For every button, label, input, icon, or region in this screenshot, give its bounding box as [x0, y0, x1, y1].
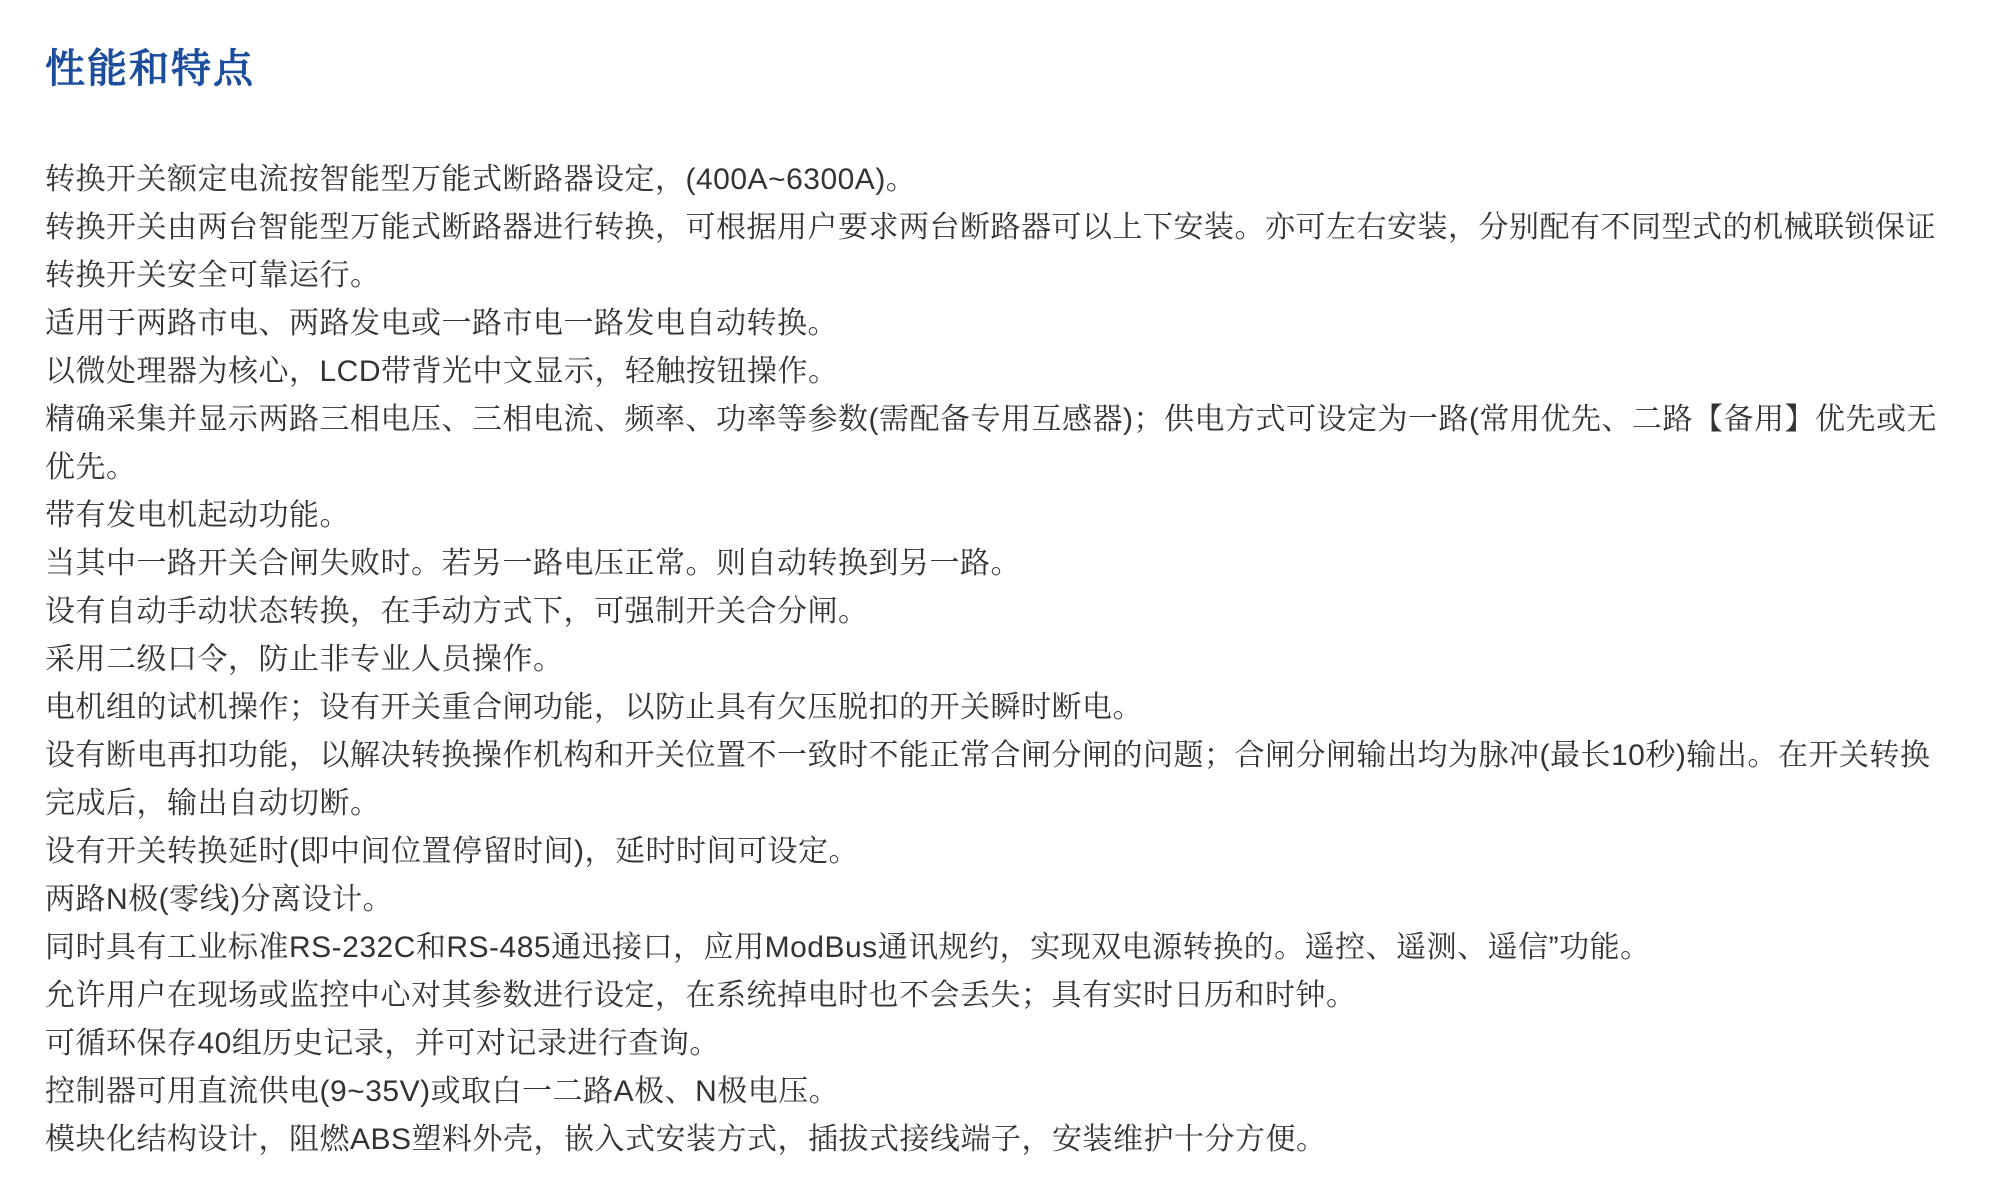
- feature-paragraph: 适用于两路市电、两路发电或一路市电一路发电自动转换。: [45, 300, 1960, 348]
- feature-paragraph: 转换开关由两台智能型万能式断路器进行转换，可根据用户要求两台断路器可以上下安装。…: [45, 204, 1960, 300]
- feature-paragraph: 设有断电再扣功能，以解决转换操作机构和开关位置不一致时不能正常合闸分闸的问题；合…: [45, 732, 1960, 828]
- feature-paragraph: 以微处理器为核心，LCD带背光中文显示，轻触按钮操作。: [45, 348, 1960, 396]
- feature-paragraph: 设有自动手动状态转换，在手动方式下，可强制开关合分闸。: [45, 588, 1960, 636]
- feature-paragraph: 带有发电机起动功能。: [45, 492, 1960, 540]
- feature-list: 转换开关额定电流按智能型万能式断路器设定，(400A~6300A)。转换开关由两…: [45, 156, 1960, 1164]
- feature-paragraph: 当其中一路开关合闸失败时。若另一路电压正常。则自动转换到另一路。: [45, 540, 1960, 588]
- feature-paragraph: 设有开关转换延时(即中间位置停留时间)，延时时间可设定。: [45, 828, 1960, 876]
- feature-paragraph: 可循环保存40组历史记录，并可对记录进行查询。: [45, 1020, 1960, 1068]
- feature-paragraph: 模块化结构设计，阻燃ABS塑料外壳，嵌入式安装方式，插拔式接线端子，安装维护十分…: [45, 1116, 1960, 1164]
- document-page: 性能和特点 转换开关额定电流按智能型万能式断路器设定，(400A~6300A)。…: [0, 0, 2000, 1202]
- feature-paragraph: 允许用户在现场或监控中心对其参数进行设定，在系统掉电时也不会丢失；具有实时日历和…: [45, 972, 1960, 1020]
- feature-paragraph: 采用二级口令，防止非专业人员操作。: [45, 636, 1960, 684]
- feature-paragraph: 转换开关额定电流按智能型万能式断路器设定，(400A~6300A)。: [45, 156, 1960, 204]
- feature-paragraph: 两路N极(零线)分离设计。: [45, 876, 1960, 924]
- feature-paragraph: 电机组的试机操作；设有开关重合闸功能，以防止具有欠压脱扣的开关瞬时断电。: [45, 684, 1960, 732]
- feature-paragraph: 精确采集并显示两路三相电压、三相电流、频率、功率等参数(需配备专用互感器)；供电…: [45, 396, 1960, 492]
- feature-paragraph: 控制器可用直流供电(9~35V)或取白一二路A极、N极电压。: [45, 1068, 1960, 1116]
- feature-paragraph: 同时具有工业标准RS-232C和RS-485通迅接口，应用ModBus通讯规约，…: [45, 924, 1960, 972]
- page-title: 性能和特点: [45, 42, 1960, 96]
